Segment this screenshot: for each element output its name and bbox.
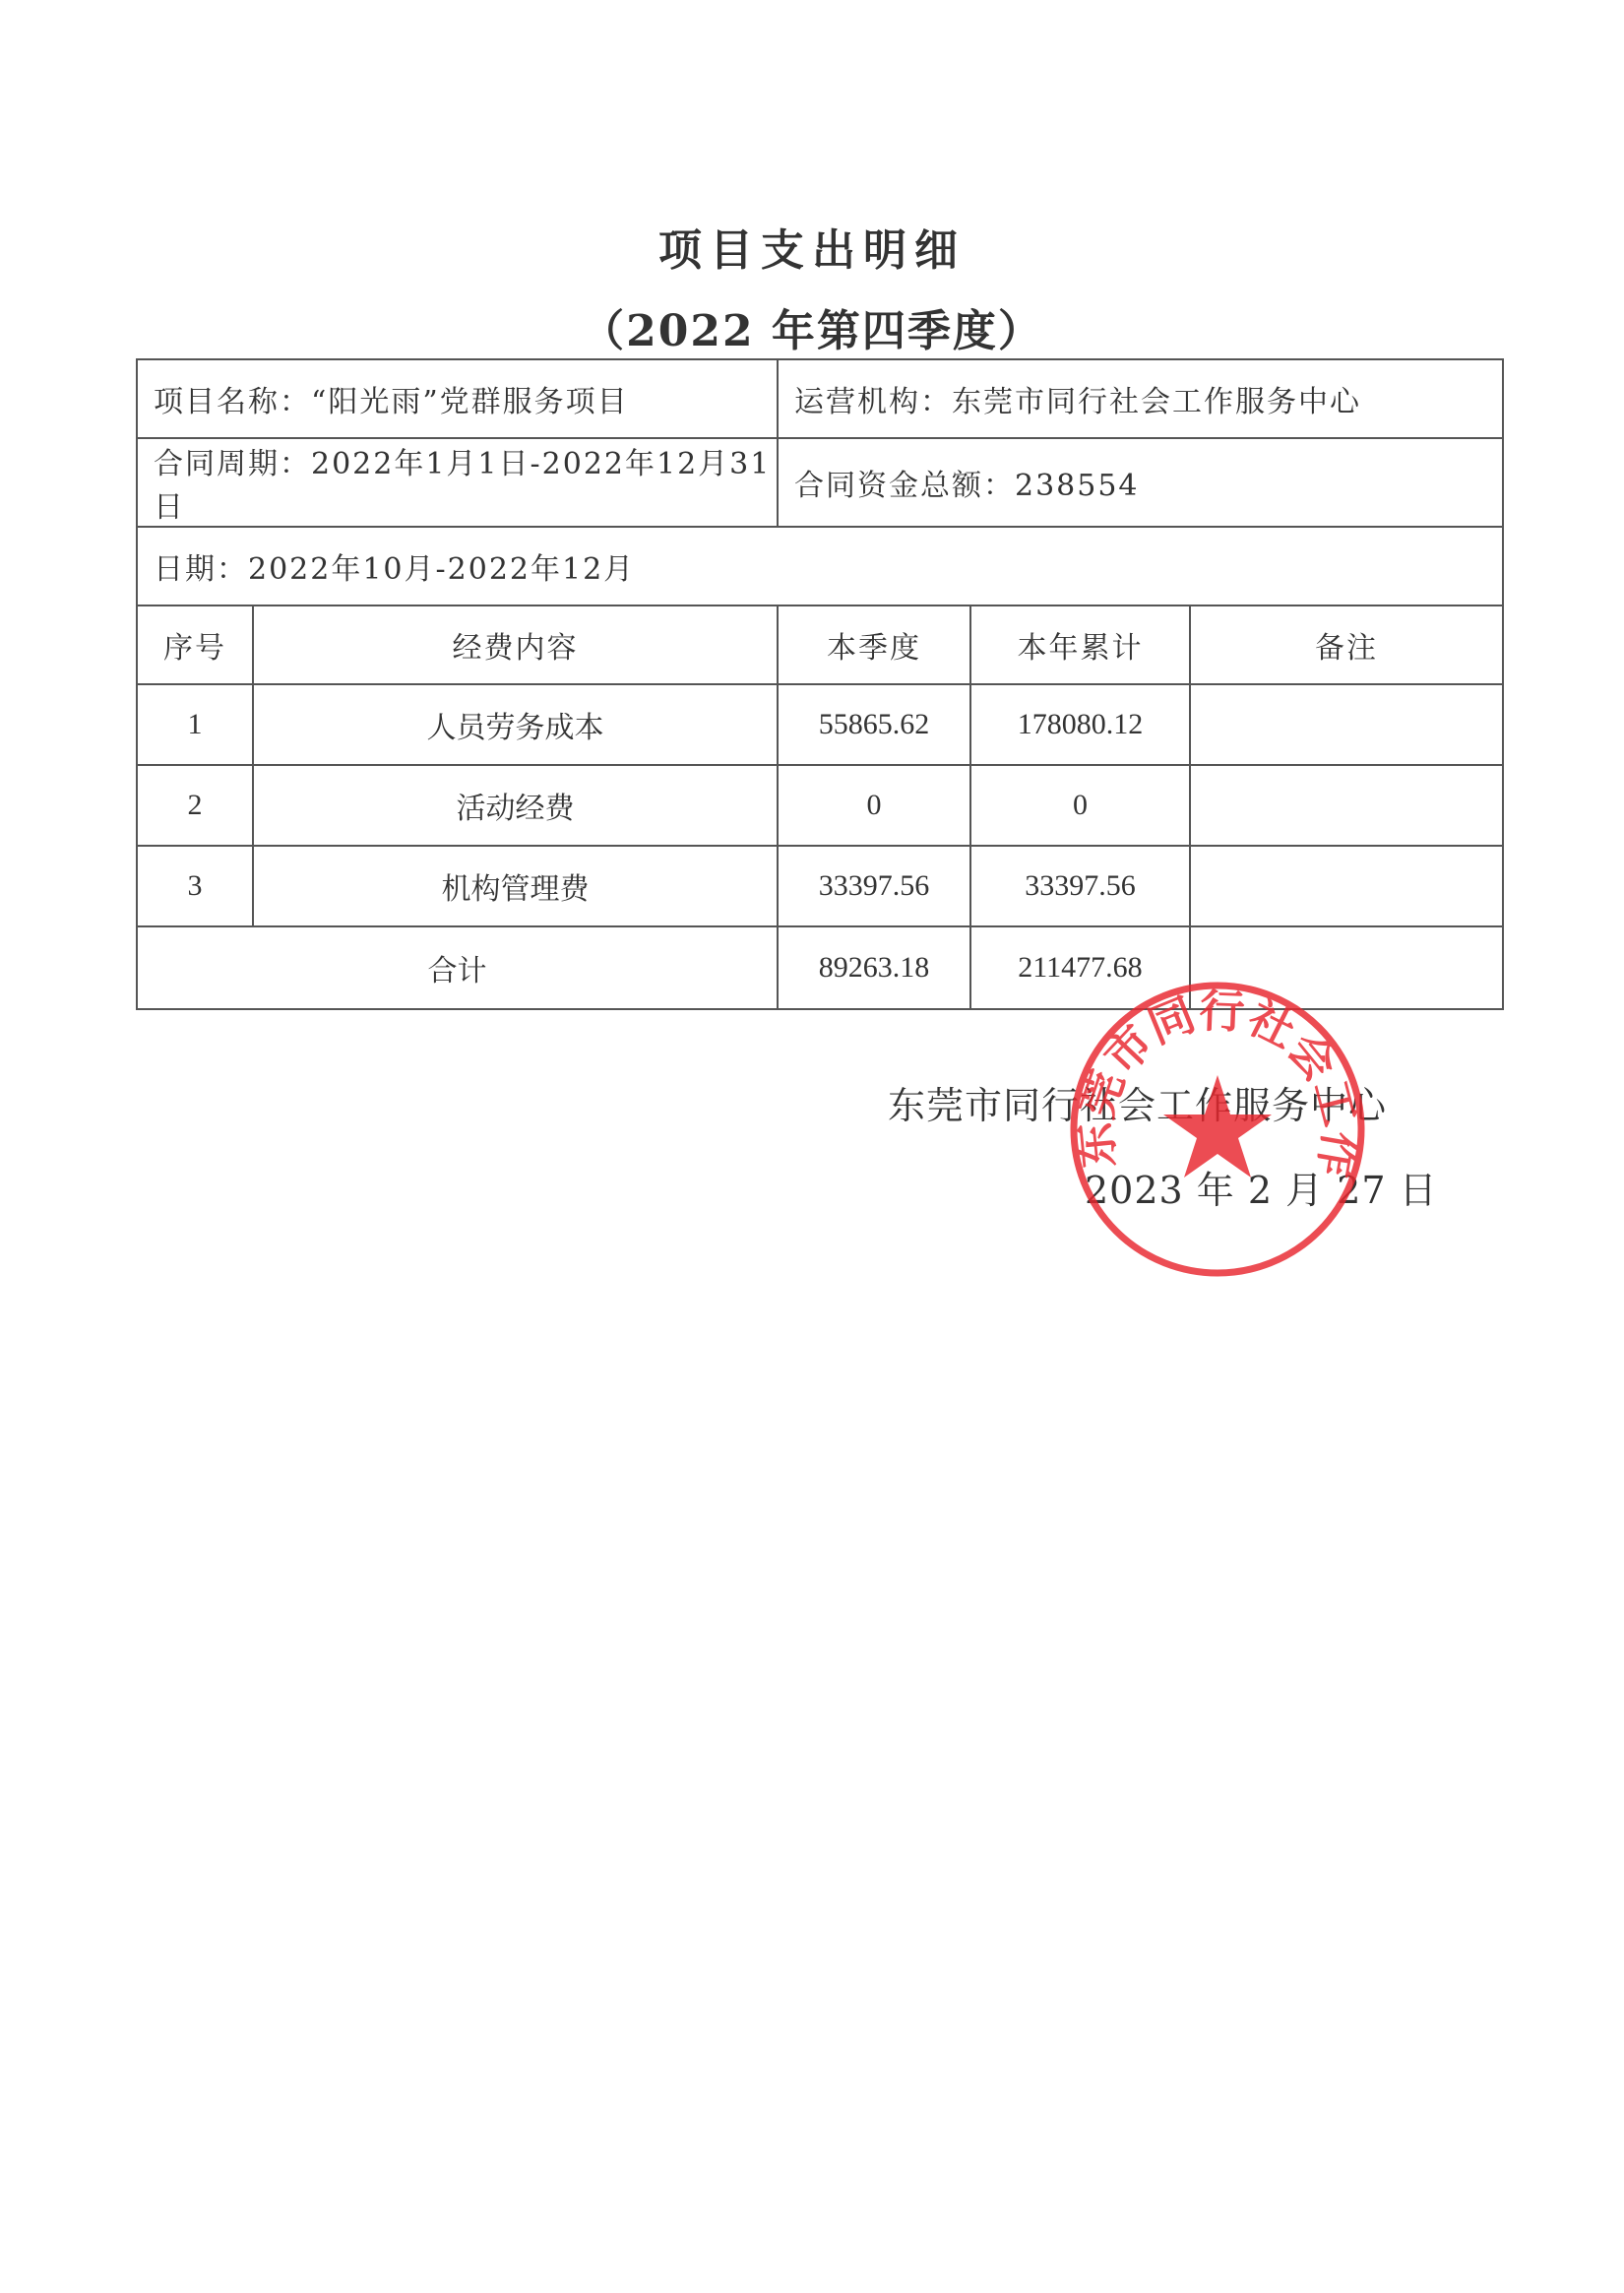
- row-note: [1190, 684, 1503, 765]
- table-header-row: 序号 经费内容 本季度 本年累计 备注: [137, 605, 1503, 684]
- total-quarter: 89263.18: [778, 926, 970, 1009]
- header-item: 经费内容: [253, 605, 778, 684]
- expense-table: 项目名称：“阳光雨”党群服务项目 运营机构：东莞市同行社会工作服务中心 合同周期…: [136, 358, 1504, 1010]
- signer-organization: 东莞市同行社会工作服务中心: [888, 1075, 1387, 1129]
- table-row: 1 人员劳务成本 55865.62 178080.12: [137, 684, 1503, 765]
- header-ytd: 本年累计: [970, 605, 1190, 684]
- row-no: 1: [137, 684, 253, 765]
- row-note: [1190, 846, 1503, 926]
- row-item: 人员劳务成本: [253, 684, 778, 765]
- row-ytd: 0: [970, 765, 1190, 846]
- row-no: 3: [137, 846, 253, 926]
- header-note: 备注: [1190, 605, 1503, 684]
- expense-sheet: 项目名称：“阳光雨”党群服务项目 运营机构：东莞市同行社会工作服务中心 合同周期…: [136, 358, 1502, 1010]
- date-range-cell: 日期：2022年10月-2022年12月: [137, 527, 1503, 605]
- header-quarter: 本季度: [778, 605, 970, 684]
- total-label: 合计: [137, 926, 778, 1009]
- row-item: 机构管理费: [253, 846, 778, 926]
- contract-period-cell: 合同周期：2022年1月1日-2022年12月31日: [137, 438, 778, 527]
- total-note: [1190, 926, 1503, 1009]
- row-item: 活动经费: [253, 765, 778, 846]
- operator-cell: 运营机构：东莞市同行社会工作服务中心: [778, 359, 1503, 438]
- row-ytd: 178080.12: [970, 684, 1190, 765]
- total-ytd: 211477.68: [970, 926, 1190, 1009]
- row-ytd: 33397.56: [970, 846, 1190, 926]
- row-note: [1190, 765, 1503, 846]
- project-name-cell: 项目名称：“阳光雨”党群服务项目: [137, 359, 778, 438]
- official-seal-icon: 东莞市同行社会工作服务中心: [1065, 977, 1370, 1282]
- row-quarter: 55865.62: [778, 684, 970, 765]
- document-title: 项目支出明细: [0, 215, 1624, 278]
- signature-date: 2023 年 2 月 27 日: [1085, 1160, 1438, 1214]
- contract-total-cell: 合同资金总额：238554: [778, 438, 1503, 527]
- table-row: 2 活动经费 0 0: [137, 765, 1503, 846]
- header-no: 序号: [137, 605, 253, 684]
- table-row: 3 机构管理费 33397.56 33397.56: [137, 846, 1503, 926]
- row-quarter: 33397.56: [778, 846, 970, 926]
- total-row: 合计 89263.18 211477.68: [137, 926, 1503, 1009]
- document-subtitle: （2022 年第四季度）: [0, 295, 1624, 358]
- row-quarter: 0: [778, 765, 970, 846]
- row-no: 2: [137, 765, 253, 846]
